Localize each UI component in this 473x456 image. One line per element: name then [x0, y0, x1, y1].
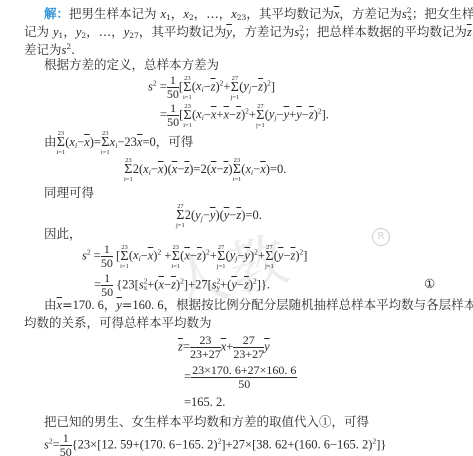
equation-1-line-1: s2 =150[23Σi=1(xi−z)2+27Σj=1(yj−z)2]	[148, 74, 275, 101]
equation-4-line-2: =150 {23[s2x+(x−z)2]+27[s2y+(y−z)2]}.	[94, 272, 270, 299]
registered-mark-icon: R	[372, 228, 390, 246]
equation-marker: ①	[424, 276, 435, 292]
mean-relation-line-2: 均数的关系，可得总样本平均数为	[24, 314, 212, 331]
definition-intro: 根据方差的定义，总样本方差为	[44, 56, 219, 73]
equation-5-line-1: z=2323+27x+2723+27y	[178, 334, 270, 361]
similarly-label: 同理可得	[44, 184, 94, 201]
equation-5-line-2: =23×170. 6+27×160. 650	[184, 364, 297, 391]
solution-label: 解：	[44, 6, 69, 21]
equation-2: 23Σi=12(xi−x)(x−z)=2(x−z)23Σi=1(xi−x)=0.	[124, 157, 286, 183]
mean-relation-line-1: 由x=170. 6，y=160. 6，根据按比例分配分层随机抽样总样本平均数与各…	[44, 296, 473, 314]
equation-3: 27Σj=12(yj−y)(y−z)=0.	[176, 203, 262, 229]
therefore-label: 因此，	[44, 225, 82, 242]
equation-4-line-1: s2 =150 [23Σi=1(xi−x)2 +23Σi=1(x−z)2+27Σ…	[82, 243, 307, 270]
equation-5-line-3: =165. 2.	[184, 395, 225, 410]
intro-line-2: 记为 y1，y2，…，y27，其平均数记为y，方差记为s2y；把总样本数据的平均…	[24, 20, 473, 44]
substitute-line: 把已知的男生、女生样本平均数和方差的取值代入①，可得	[44, 413, 369, 430]
equation-6: s2=150{23×[12. 59+(170. 6−165. 2)2]+27×[…	[44, 432, 386, 456]
equation-1-line-2: =150[23Σi=1(xi−x+x−z)2+27Σj=1(yj−y+y−z)2…	[160, 102, 329, 129]
since-line: 由23Σi=1(xi−x)=23Σi=1xi−23x=0，可得	[44, 130, 193, 156]
